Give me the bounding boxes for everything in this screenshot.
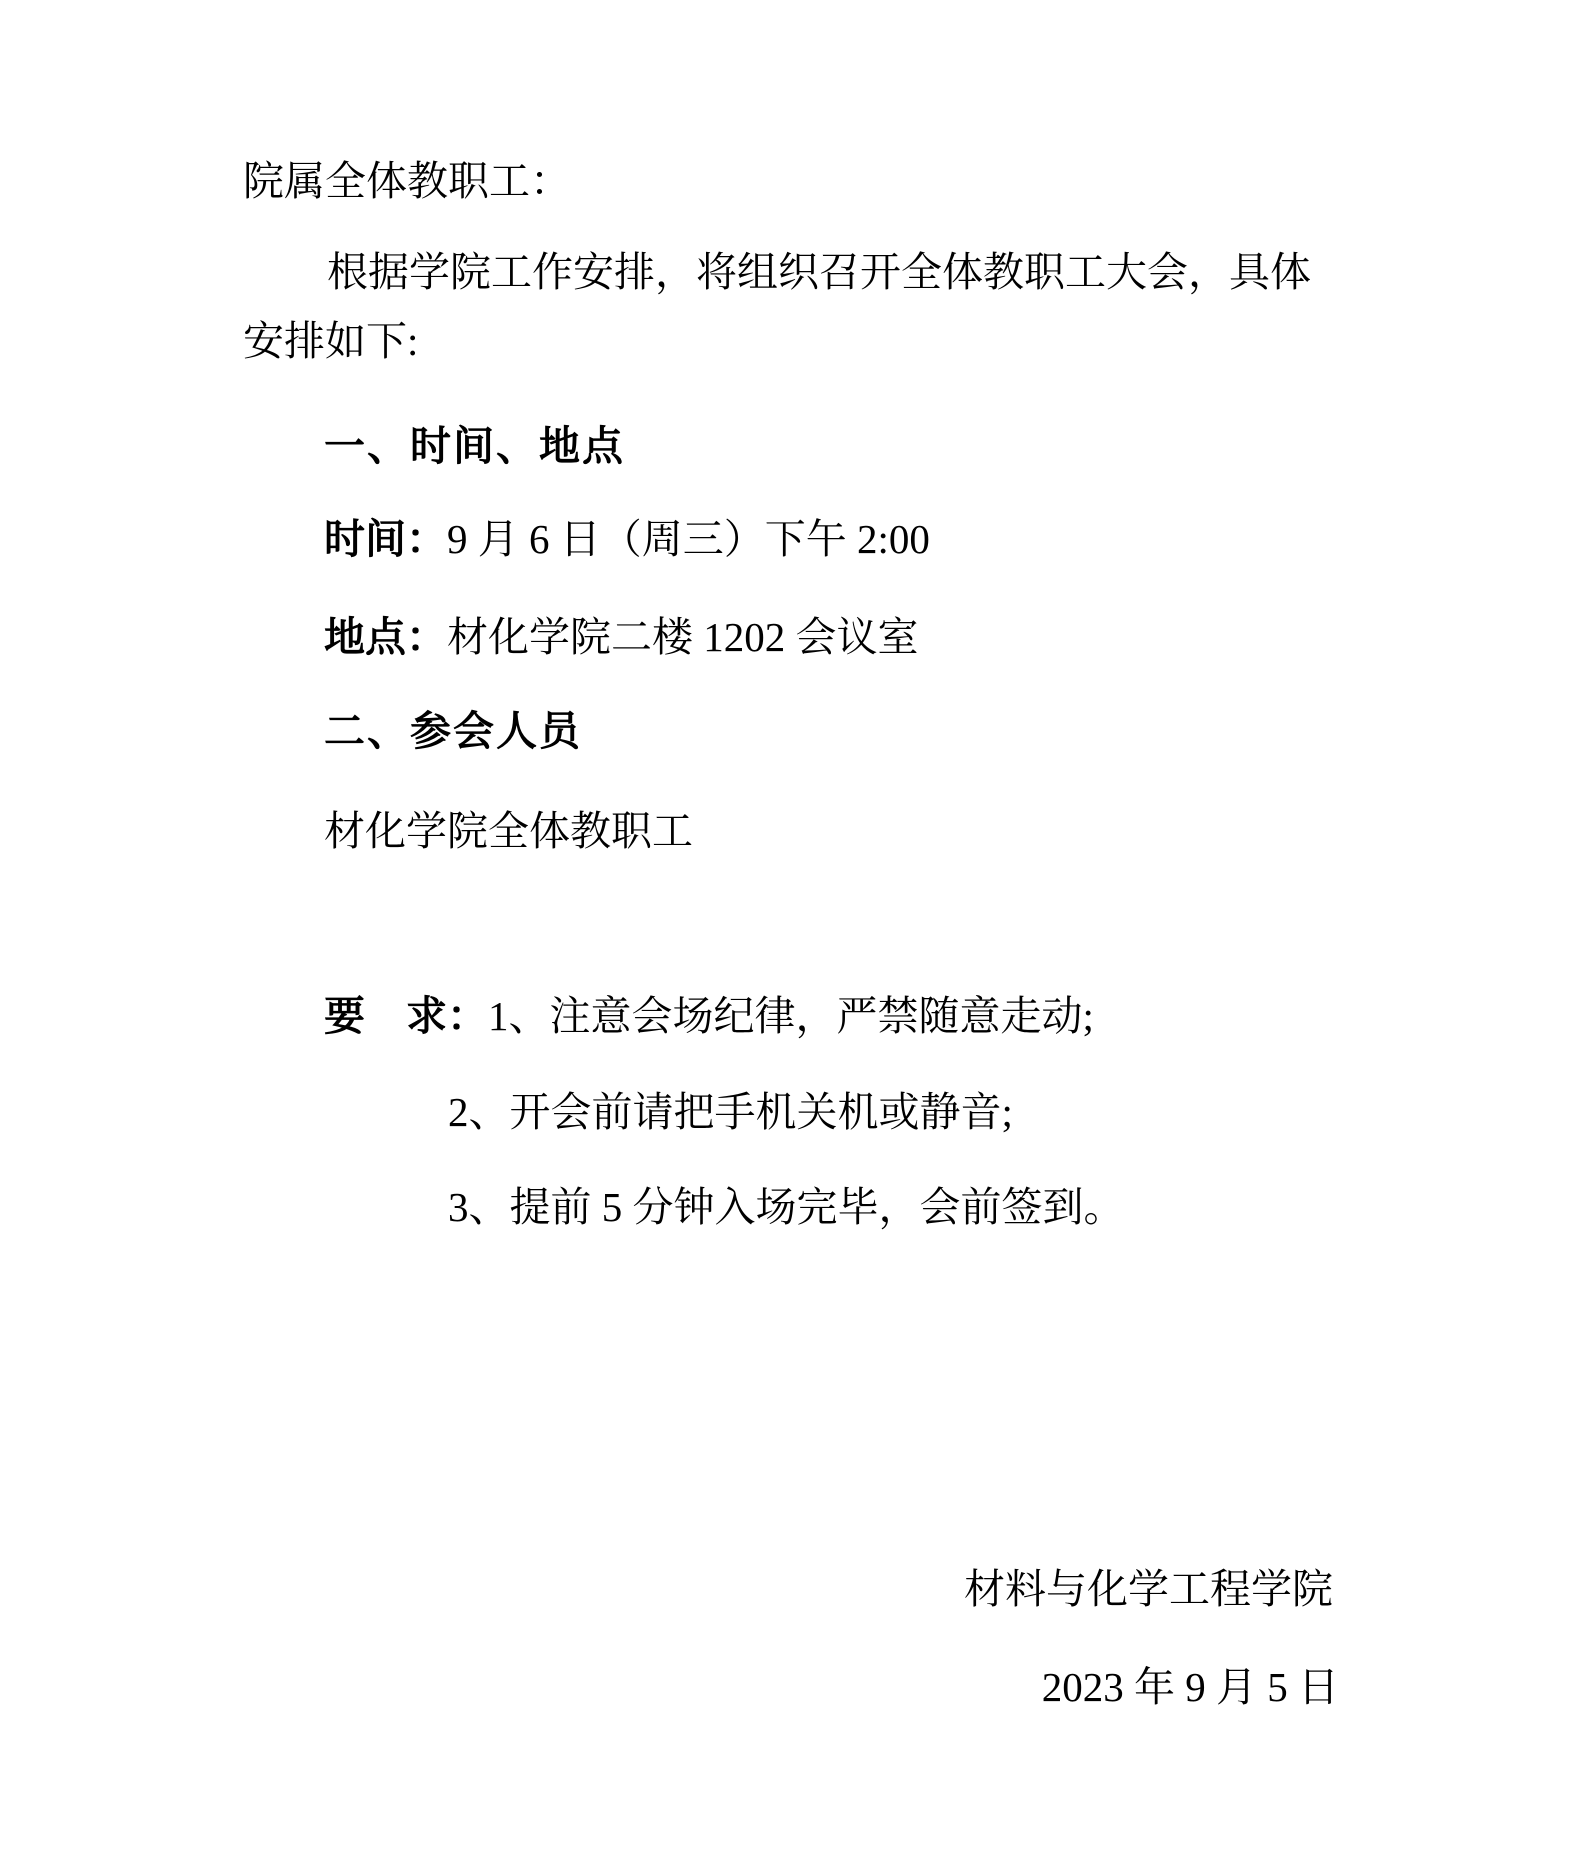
- time-label: 时间：: [324, 516, 447, 562]
- attendees-line: 材化学院全体教职工: [243, 797, 1347, 866]
- place-label: 地点：: [324, 614, 447, 660]
- signature-organization: 材料与化学工程学院: [243, 1555, 1347, 1624]
- requirement-item-1: 1、注意会场纪律，严禁随意走动;: [488, 993, 1094, 1039]
- signature-date: 2023 年 9 月 5 日: [243, 1653, 1347, 1722]
- place-value: 材化学院二楼 1202 会议室: [447, 614, 919, 660]
- requirement-item-2: 2、开会前请把手机关机或静音;: [243, 1078, 1347, 1147]
- requirements-line-1: 要 求：1、注意会场纪律，严禁随意走动;: [243, 982, 1347, 1051]
- section2-heading: 二、参会人员: [243, 697, 1347, 766]
- place-line: 地点：材化学院二楼 1202 会议室: [243, 603, 1347, 672]
- requirements-label: 要 求：: [324, 993, 488, 1039]
- time-value: 9 月 6 日（周三）下午 2:00: [447, 516, 930, 562]
- section1-heading: 一、时间、地点: [243, 412, 1347, 481]
- document-page: 院属全体教职工： 根据学院工作安排，将组织召开全体教职工大会，具体 安排如下: …: [0, 0, 1587, 1868]
- time-line: 时间：9 月 6 日（周三）下午 2:00: [243, 505, 1347, 574]
- intro-line-1: 根据学院工作安排，将组织召开全体教职工大会，具体: [243, 238, 1347, 307]
- salutation: 院属全体教职工：: [243, 147, 1347, 216]
- document-body: 院属全体教职工： 根据学院工作安排，将组织召开全体教职工大会，具体 安排如下: …: [243, 147, 1347, 1722]
- intro-line-2: 安排如下:: [243, 307, 1347, 376]
- requirement-item-3: 3、提前 5 分钟入场完毕，会前签到。: [243, 1173, 1347, 1242]
